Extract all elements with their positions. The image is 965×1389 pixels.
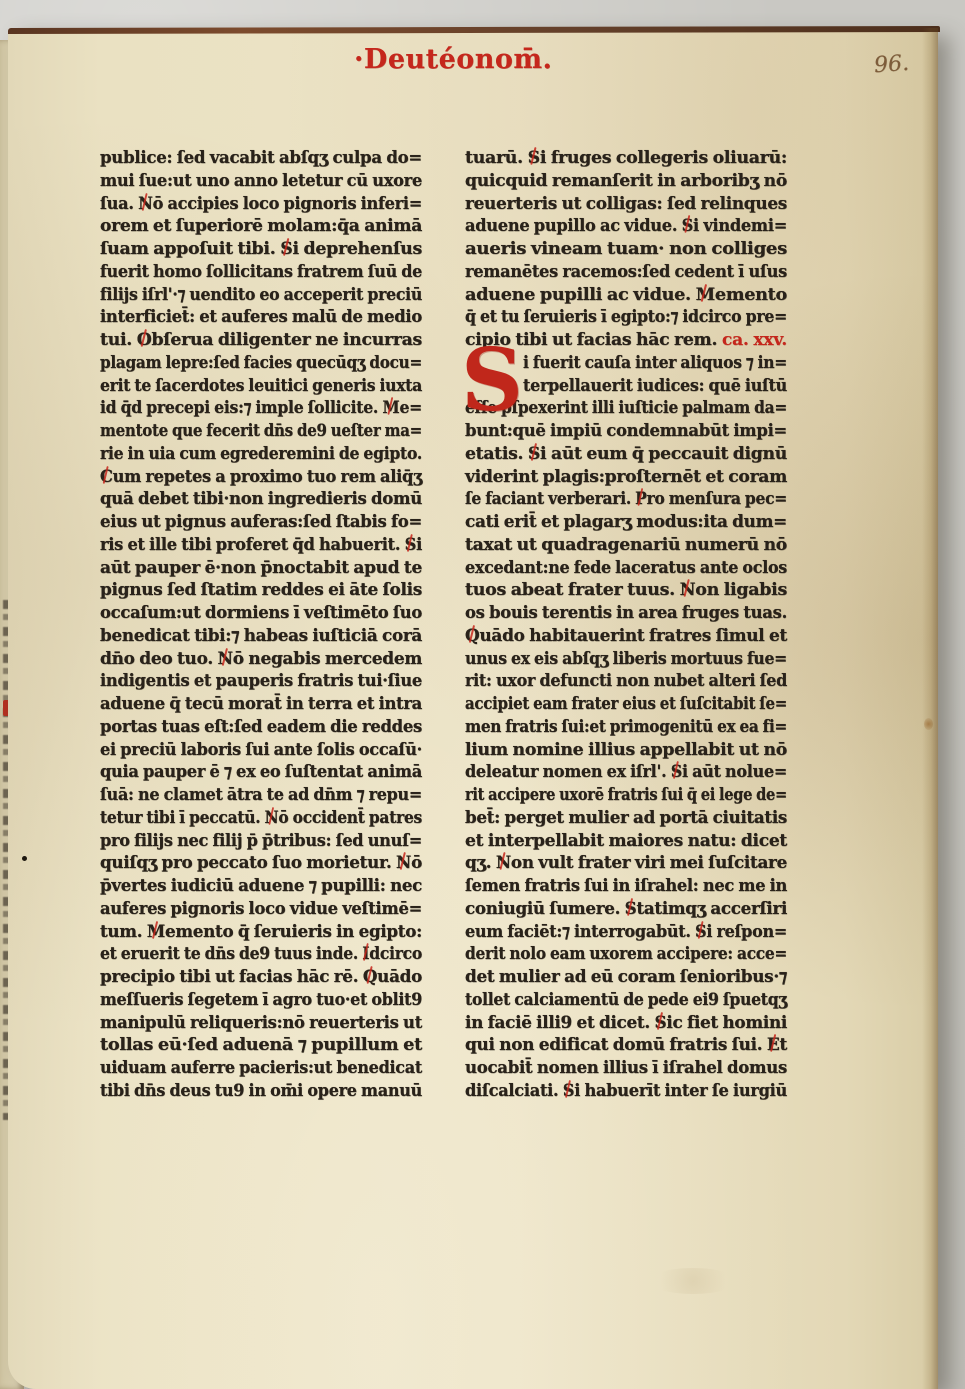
text-line: meſſueris ſegetem ī agro tuo·et oblit9 xyxy=(100,990,422,1013)
text-line: men fratris ſui:et primogenitū ex ea fi= xyxy=(465,717,787,740)
text-line: precipio tibi ut facias hāc rē. Quādo xyxy=(100,967,422,990)
rubricated-capital: S xyxy=(528,148,540,168)
rubricated-capital: M xyxy=(382,398,399,418)
text-line: coniugiū ſumere. Statimqʒ accerſiri xyxy=(465,899,787,922)
text-line: benedicat tibi:⁊ habeas iuſticiā corā xyxy=(100,626,422,649)
text-line: manipulū reliqueris:nō reuerteris ut xyxy=(100,1013,422,1036)
text-line: excedant:ne fede laceratus ante oclos xyxy=(465,558,787,581)
text-line: quā debet tibi·non ingredieris domū xyxy=(100,489,422,512)
text-line: eum faciēt:⁊ interrogabūt. Si reſpon= xyxy=(465,922,787,945)
text-line: aduene pupilli ac vidue. Memento xyxy=(465,285,787,308)
text-line: reuerteris ut colligas: ſed relinques xyxy=(465,194,787,217)
text-line: unus ex eis abſqʒ liberis mortuus fue= xyxy=(465,649,787,672)
rubricated-capital: P xyxy=(635,489,646,509)
rubricated-capital: S xyxy=(695,922,706,942)
chapter-rubric: ca. xxv. xyxy=(722,330,787,350)
text-line: os bouis terentis in area fruges tuas. xyxy=(465,603,787,626)
text-line: derit nolo eam uxorem accipere: acce= xyxy=(465,944,787,967)
rubricated-capital: S xyxy=(655,1013,667,1033)
text-line: tollet calciamentū de pede ei9 ſpuetqʒ xyxy=(465,990,787,1013)
text-line: id q̄d precepi eis:⁊ imple ſollicite. Me… xyxy=(100,398,422,421)
text-line: tetur tibi ī peccatū. Nō occident̄ patre… xyxy=(100,808,422,831)
text-line: auferes pignoris loco vidue veſtimē= xyxy=(100,899,422,922)
text-line: pignus ſed ſtatim reddes ei āte ſolis xyxy=(100,580,422,603)
text-line: quicquid remanſerit in arboribʒ nō xyxy=(465,171,787,194)
text-line: rit accipere uxorē fratris ſui q̄ ei leg… xyxy=(465,785,787,808)
text-line: diſcalciati. Si habuerīt inter ſe iurgiū xyxy=(465,1081,787,1104)
text-line: portas tuas eſt:ſed eadem die reddes xyxy=(100,717,422,740)
text-line: mui ſue:ut uno anno letetur cū uxore xyxy=(100,171,422,194)
text-line: qʒ. Non vult frater viri mei ſuſcitare xyxy=(465,853,787,876)
rubricated-capital: S xyxy=(405,535,416,555)
text-line: det mulier ad eū coram ſenioribus·⁊ xyxy=(465,967,787,990)
text-line: q̄ et tu ſeruieris ī egipto:⁊ idcirco pr… xyxy=(465,307,787,330)
rubricated-capital: M xyxy=(147,922,165,942)
rubricated-capital: Q xyxy=(465,626,479,646)
rubricated-capital: S xyxy=(625,899,637,919)
text-line: tibi dn̄s deus tu9 in om̄i opere manuū xyxy=(100,1081,422,1104)
text-line: tuos abeat frater tuus. Non ligabis xyxy=(465,580,787,603)
text-line: orem et ſuperiorē molam:q̄a animā xyxy=(100,216,422,239)
rubricated-capital: S xyxy=(280,239,292,259)
text-line: rie in uia cum egrederemini de egipto. xyxy=(100,444,422,467)
text-line: rit: uxor defuncti non nubet alteri ſed xyxy=(465,671,787,694)
text-line: occaſum:ut dormiens ī veſtimēto ſuo xyxy=(100,603,422,626)
text-line: plagam lepre:ſed facies quecūqʒ docu= xyxy=(100,353,422,376)
text-line: ſe faciant verberari. Pro menſura pec= xyxy=(465,489,787,512)
chapter-initial: S xyxy=(461,349,519,413)
text-line: cati erit̄ et plagarʒ modus:ita dum= xyxy=(465,512,787,535)
text-line: ſuam appoſuit tibi. Si deprehenſus xyxy=(100,239,422,262)
rubricated-capital: N xyxy=(265,808,279,828)
rubricated-capital: C xyxy=(100,467,113,487)
parchment-discoloration xyxy=(648,1268,738,1294)
text-line: tuarū. Si fruges collegeris oliuarū: xyxy=(465,148,787,171)
rubricated-capital: N xyxy=(680,580,696,600)
text-line: publice: ſed vacabit abſqʒ culpa do= xyxy=(100,148,422,171)
text-line: uiduam auferre pacieris:ut benedicat xyxy=(100,1058,422,1081)
text-line: ſuā: ne clamet ātra te ad dn̄m ⁊ repu= xyxy=(100,785,422,808)
rubricated-capital: S xyxy=(682,216,693,236)
text-line: lium nomine illius appellabit ut nō xyxy=(465,740,787,763)
text-line: deleatur nomen ex iſrl'. Si aūt nolue= xyxy=(465,762,787,785)
manuscript-page: ·Deutéonom̄. 96. publice: ſed vacabit ab… xyxy=(8,28,938,1389)
text-line: ei preciū laboris ſui ante ſolis occaſū· xyxy=(100,740,422,763)
rubricated-capital: S xyxy=(671,762,682,782)
text-line: Quādo habitauerint fratres ſimul et xyxy=(465,626,787,649)
rubricated-capital: S xyxy=(528,444,540,464)
rubricated-capital: O xyxy=(137,330,152,350)
text-line: accipiet eam frater eius et ſuſcitabit ſ… xyxy=(465,694,787,717)
rubricated-capital: E xyxy=(767,1035,780,1055)
text-line: indigentis et pauperis fratris tui·ſiue xyxy=(100,671,422,694)
rubricated-capital: N xyxy=(396,853,411,873)
rubricated-capital: N xyxy=(496,853,511,873)
text-line: bet̄: perget mulier ad portā ciuitatis xyxy=(465,808,787,831)
folio-number: 96. xyxy=(873,51,910,78)
text-line: aueris vineam tuam· non colliges xyxy=(465,239,787,262)
text-column-left: publice: ſed vacabit abſqʒ culpa do=mui … xyxy=(100,148,422,1104)
text-line: taxat ut quadragenariū numerū nō xyxy=(465,535,787,558)
text-line: aduene pupillo ac vidue. Si vindemi= xyxy=(465,216,787,239)
rubricated-capital: M xyxy=(696,285,715,305)
text-line: ſua. Nō accipies loco pignoris inferi= xyxy=(100,194,422,217)
rubricated-capital: N xyxy=(218,649,233,669)
text-line: eius ut pignus auferas:ſed ſtabis fo= xyxy=(100,512,422,535)
rubricated-capital: S xyxy=(563,1081,574,1101)
text-line: filijs iſrl'·⁊ uendito eo acceperit prec… xyxy=(100,285,422,308)
text-line: erit te ſacerdotes leuitici generis iuxt… xyxy=(100,376,422,399)
text-line: et interpellabit maiores natu: dicet xyxy=(465,831,787,854)
text-line: tui. Obſerua diligenter ne incurras xyxy=(100,330,422,353)
text-line: aduene q̄ tecū morat̄ in terra et intra xyxy=(100,694,422,717)
ink-speck xyxy=(22,856,27,861)
rubricated-capital: N xyxy=(138,194,153,214)
text-line: quia pauper ē ⁊ ex eo ſuſtentat animā xyxy=(100,762,422,785)
text-line: mentote que fecerit dn̄s de9 ueſter ma= xyxy=(100,421,422,444)
text-line: aūt pauper ē·non p̄noctabit apud te xyxy=(100,558,422,581)
text-line: remanētes racemos:ſed cedent ī uſus xyxy=(465,262,787,285)
ink-stain xyxy=(924,718,933,730)
text-line: quiſqʒ pro peccato ſuo morietur. Nō xyxy=(100,853,422,876)
text-line: ſemen fratris ſui in iſrahel: nec me in xyxy=(465,876,787,899)
text-line: fuerit homo ſollicitans fratrem ſuū de xyxy=(100,262,422,285)
text-line: tum. Memento q̄ ſeruieris in egipto: xyxy=(100,922,422,945)
text-line: p̄vertes iudiciū aduene ⁊ pupilli: nec xyxy=(100,876,422,899)
running-header: ·Deutéonom̄. xyxy=(354,44,552,75)
text-line: tollas eū·ſed aduenā ⁊ pupillum et xyxy=(100,1035,422,1058)
rubricated-capital: Q xyxy=(363,967,377,987)
text-line: in faciē illi9 et dicet. Sic fiet homini xyxy=(465,1013,787,1036)
text-line: etatis. Si aūt eum q̄ peccauit dignū xyxy=(465,444,787,467)
text-line: dn̄o deo tuo. Nō negabis mercedem xyxy=(100,649,422,672)
text-line: Cum repetes a proximo tuo rem aliq̄ʒ xyxy=(100,467,422,490)
text-column-right: tuarū. Si fruges collegeris oliuarū:quic… xyxy=(465,148,787,1104)
text-line: uocabit̄ nomen illius ī iſrahel domus xyxy=(465,1058,787,1081)
text-line: viderint plagis:proſternēt et coram xyxy=(465,467,787,490)
text-line: interficiet̄: et auferes malū de medio xyxy=(100,307,422,330)
text-line: et eruerit te dn̄s de9 tuus inde. Idcirc… xyxy=(100,944,422,967)
rubricated-capital: I xyxy=(362,944,369,964)
text-line: ris et ille tibi proferet q̄d habuerit. … xyxy=(100,535,422,558)
text-line: qui non edificat domū fratris ſui. Et xyxy=(465,1035,787,1058)
text-line: pro filijs nec filij p̄ p̄tribus: ſed un… xyxy=(100,831,422,854)
